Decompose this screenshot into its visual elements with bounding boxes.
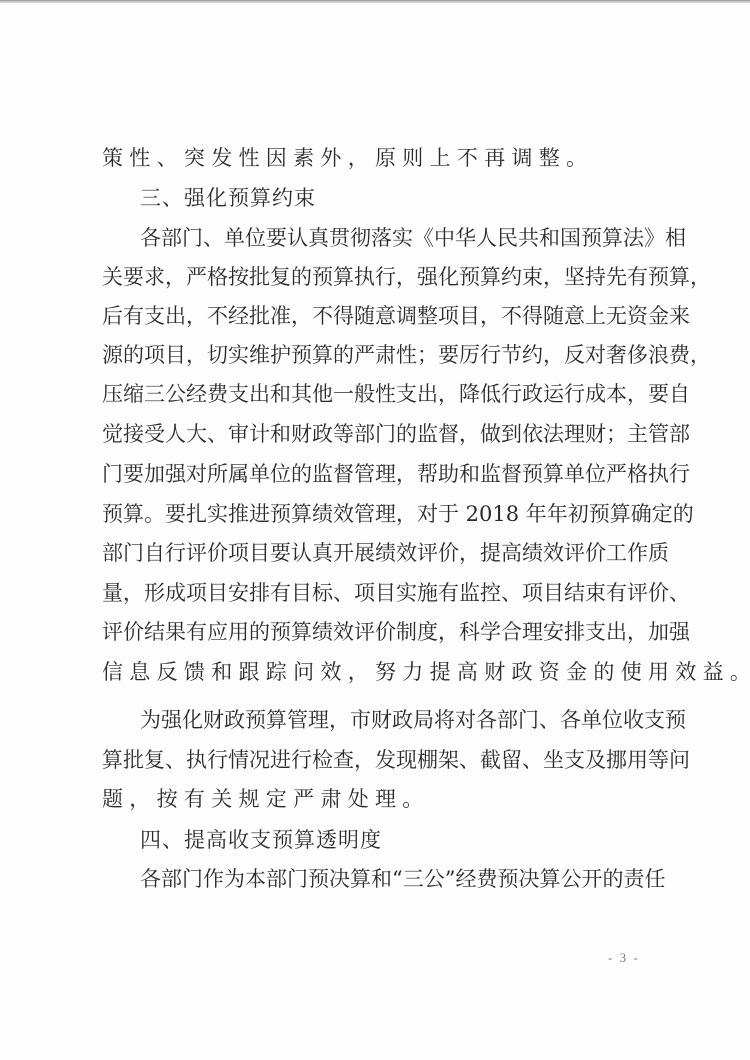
paragraph-line: 压缩三公经费支出和其他一般性支出，降低行政运行成本，要自 xyxy=(102,379,647,409)
document-page: 策性、突发性因素外，原则上不再调整。 三、强化预算约束 各部门、单位要认真贯彻落… xyxy=(0,0,750,1060)
section-heading-3: 三、强化预算约束 xyxy=(140,183,316,213)
paragraph-line: 各部门作为本部门预决算和“三公”经费预决算公开的责任 xyxy=(140,864,647,894)
paragraph-line: 信息反馈和跟踪问效，努力提高财政资金的使用效益。 xyxy=(102,657,647,687)
paragraph-line: 觉接受人大、审计和财政等部门的监督，做到依法理财；主管部 xyxy=(102,419,647,449)
paragraph-line: 后有支出，不经批准，不得随意调整项目，不得随意上无资金来 xyxy=(102,301,647,331)
section-heading-4: 四、提高收支预算透明度 xyxy=(140,825,382,855)
paragraph-line: 题，按有关规定严肃处理。 xyxy=(102,784,647,814)
paragraph-line: 量，形成项目安排有目标、项目实施有监控、项目结束有评价、 xyxy=(102,578,647,608)
paragraph-line: 评价结果有应用的预算绩效评价制度，科学合理安排支出，加强 xyxy=(102,617,647,647)
paragraph-line: 部门自行评价项目要认真开展绩效评价，提高绩效评价工作质 xyxy=(102,538,647,568)
page-number: - 3 - xyxy=(608,950,640,966)
paragraph-line: 策性、突发性因素外，原则上不再调整。 xyxy=(102,143,647,173)
paragraph-line: 各部门、单位要认真贯彻落实《中华人民共和国预算法》相 xyxy=(140,223,647,253)
paragraph-line: 源的项目，切实维护预算的严肃性；要厉行节约，反对奢侈浪费， xyxy=(102,340,647,370)
paragraph-line: 算批复、执行情况进行检查，发现棚架、截留、坐支及挪用等问 xyxy=(102,745,647,775)
paragraph-line: 为强化财政预算管理，市财政局将对各部门、各单位收支预 xyxy=(140,705,647,735)
paragraph-line: 关要求，严格按批复的预算执行，强化预算约束，坚持先有预算， xyxy=(102,262,647,292)
paragraph-line: 预算。要扎实推进预算绩效管理，对于 2018 年年初预算确定的 xyxy=(102,499,647,529)
paragraph-line: 门要加强对所属单位的监督管理，帮助和监督预算单位严格执行 xyxy=(102,459,647,489)
